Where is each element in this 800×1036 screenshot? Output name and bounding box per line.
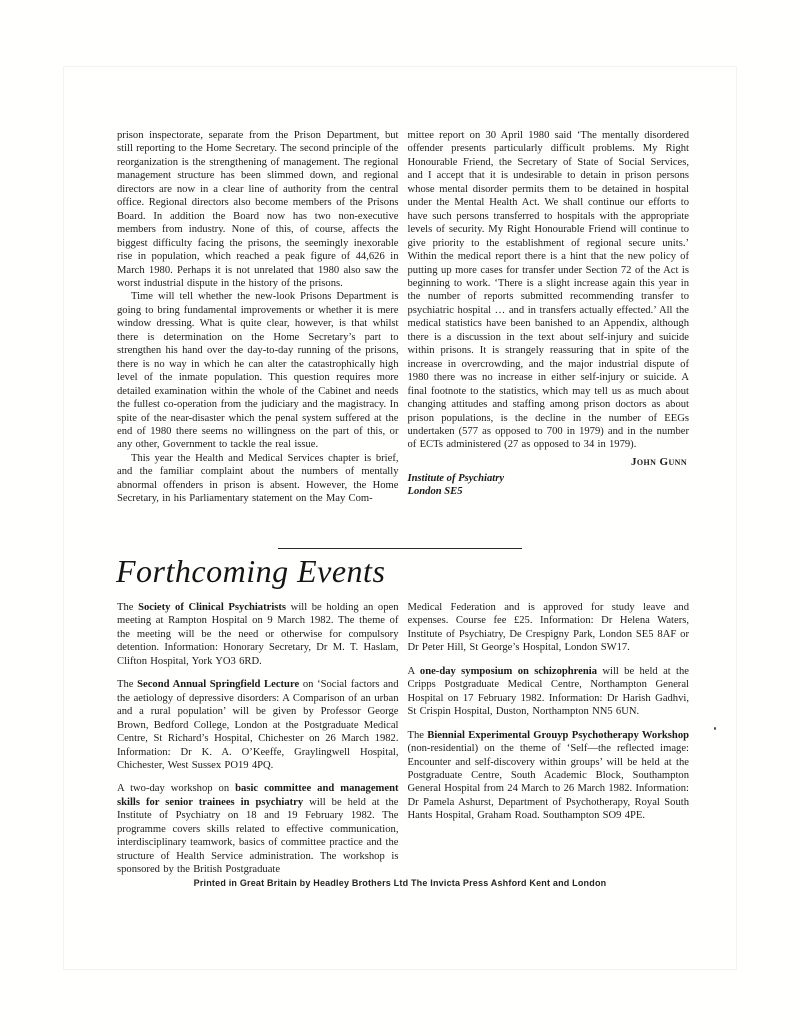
article-column-right: mittee report on 30 April 1980 said ‘The… (408, 129, 690, 506)
event-item: The Biennial Experimental Grouyp Psychot… (408, 729, 690, 823)
events-column-left: The Society of Clinical Psychiatrists wi… (117, 601, 399, 887)
section-title: Forthcoming Events (116, 553, 385, 590)
event-item: The Second Annual Springfield Lecture on… (117, 678, 399, 772)
article-paragraph: prison inspectorate, separate from the P… (117, 129, 399, 290)
affiliation-line: Institute of Psychiatry (408, 472, 690, 485)
event-item: A one-day symposium on schizophrenia wil… (408, 665, 690, 719)
article-paragraph: mittee report on 30 April 1980 said ‘The… (408, 129, 690, 452)
affiliation-line: London SE5 (408, 485, 690, 498)
article-paragraph: This year the Health and Medical Service… (117, 452, 399, 506)
author-signature: John Gunn (408, 456, 690, 468)
event-item: Medical Federation and is approved for s… (408, 601, 690, 655)
event-item: The Society of Clinical Psychiatrists wi… (117, 601, 399, 668)
article-paragraph: Time will tell whether the new-look Pris… (117, 290, 399, 451)
article-continuation: prison inspectorate, separate from the P… (117, 129, 689, 506)
event-item: A two-day workshop on basic committee an… (117, 782, 399, 876)
events-column-right: Medical Federation and is approved for s… (408, 601, 690, 887)
author-affiliation: Institute of Psychiatry London SE5 (408, 472, 690, 499)
section-divider (278, 548, 522, 549)
article-column-left: prison inspectorate, separate from the P… (117, 129, 399, 506)
scan-speck (714, 727, 716, 730)
printer-imprint: Printed in Great Britain by Headley Brot… (0, 878, 800, 888)
journal-page: prison inspectorate, separate from the P… (0, 0, 800, 1036)
events-section: The Society of Clinical Psychiatrists wi… (117, 601, 689, 887)
